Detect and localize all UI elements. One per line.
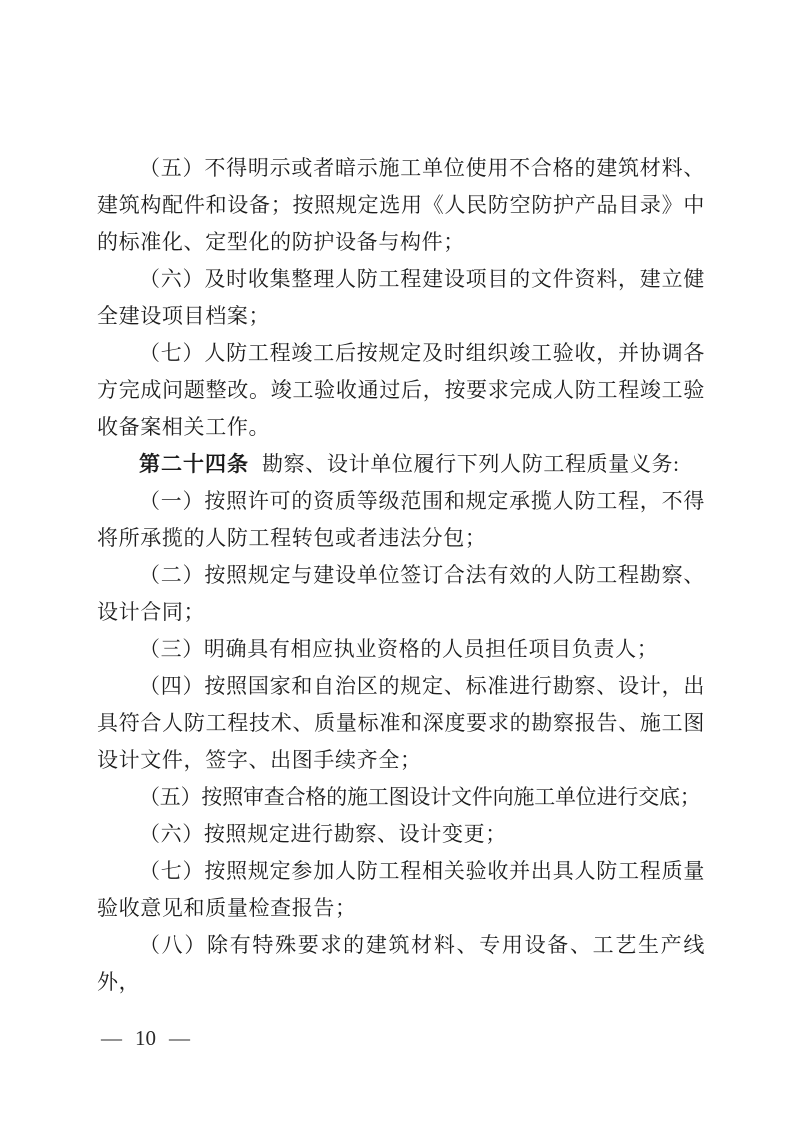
clause-item-5b: （五）按照审查合格的施工图设计文件向施工单位进行交底；	[97, 779, 705, 816]
clause-item-3: （三）明确具有相应执业资格的人员担任项目负责人；	[97, 631, 705, 668]
article-number: 第二十四条	[139, 453, 249, 476]
document-body: （五）不得明示或者暗示施工单位使用不合格的建筑材料、建筑构配件和设备；按照规定选…	[97, 150, 705, 1001]
clause-item-6b: （六）按照规定进行勘察、设计变更；	[97, 816, 705, 853]
page-footer: — 10 —	[101, 1024, 190, 1052]
clause-item-4: （四）按照国家和自治区的规定、标准进行勘察、设计，出具符合人防工程技术、质量标准…	[97, 668, 705, 779]
page-number: 10	[135, 1024, 156, 1052]
clause-item-5: （五）不得明示或者暗示施工单位使用不合格的建筑材料、建筑构配件和设备；按照规定选…	[97, 150, 705, 261]
article-24-text: 勘察、设计单位履行下列人防工程质量义务:	[262, 452, 680, 476]
document-page: （五）不得明示或者暗示施工单位使用不合格的建筑材料、建筑构配件和设备；按照规定选…	[0, 0, 793, 1122]
clause-item-6: （六）及时收集整理人防工程建设项目的文件资料，建立健全建设项目档案；	[97, 261, 705, 335]
clause-item-2: （二）按照规定与建设单位签订合法有效的人防工程勘察、设计合同；	[97, 557, 705, 631]
footer-dash-left: —	[101, 1025, 122, 1050]
clause-item-7b: （七）按照规定参加人防工程相关验收并出具人防工程质量验收意见和质量检查报告；	[97, 853, 705, 927]
clause-item-8: （八）除有特殊要求的建筑材料、专用设备、工艺生产线外，	[97, 927, 705, 1001]
footer-dash-right: —	[169, 1025, 190, 1050]
clause-item-7: （七）人防工程竣工后按规定及时组织竣工验收，并协调各方完成问题整改。竣工验收通过…	[97, 335, 705, 446]
article-24-heading: 第二十四条勘察、设计单位履行下列人防工程质量义务:	[97, 446, 705, 483]
clause-item-1: （一）按照许可的资质等级范围和规定承揽人防工程，不得将所承揽的人防工程转包或者违…	[97, 483, 705, 557]
